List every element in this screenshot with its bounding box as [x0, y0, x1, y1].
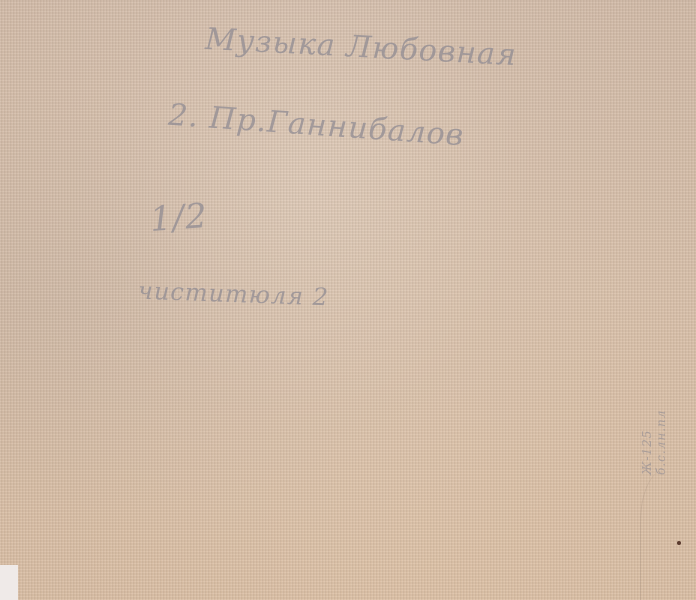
dark-spot	[677, 541, 681, 545]
vertical-side-note: 10 А. Андерсон / ... Дв.Музей 1956 ... Ю…	[0, 152, 13, 308]
inscription-line-1: Музыка Любовная	[204, 22, 517, 73]
white-label-patch	[0, 565, 18, 600]
inventory-line: б.с.лн.пл	[654, 410, 668, 475]
inscription-line-4: чиститюля 2	[138, 277, 330, 312]
canvas-back: Музыка Любовная 2. Пр.Ганнибалов 1/2 чис…	[0, 0, 696, 600]
stain-edge	[640, 470, 696, 600]
inventory-number: Ж-125 б.с.лн.пл	[640, 410, 668, 475]
side-note-line: Юр. 15.01	[0, 158, 13, 309]
inscription-fraction: 1/2	[149, 196, 209, 240]
inscription-line-2: 2. Пр.Ганнибалов	[167, 98, 465, 154]
inventory-line: Ж-125	[640, 410, 654, 475]
